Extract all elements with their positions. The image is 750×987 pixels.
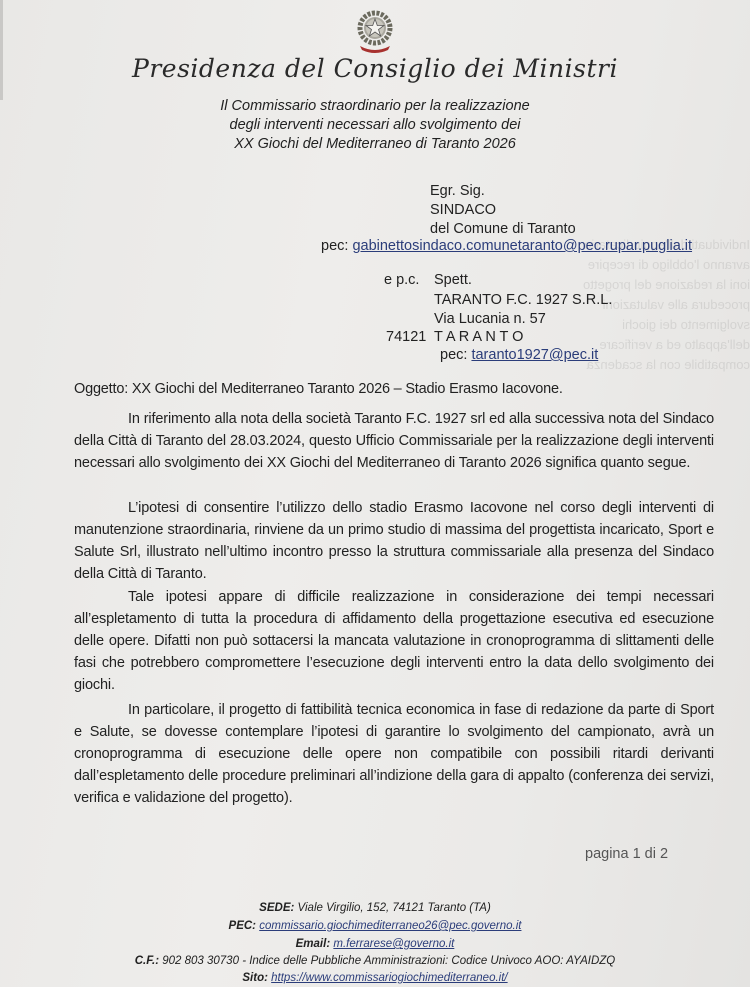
footer-ipa: - Indice delle Pubbliche Amministrazioni… [242, 955, 615, 967]
recipient-pec-link[interactable]: gabinettosindaco.comunetaranto@pec.rupar… [352, 238, 692, 254]
cc-street: Via Lucania n. 57 [434, 309, 546, 329]
bleed-line: avranno l'obbligo di recepire [540, 255, 750, 275]
body-paragraph-1: In riferimento alla nota della società T… [74, 408, 714, 474]
footer-email-row: Email: m.ferrarese@governo.it [0, 936, 750, 954]
footer-pec-link[interactable]: commissario.giochimediterraneo26@pec.gov… [259, 920, 521, 932]
commissioner-title-line-2: degli interventi necessari allo svolgime… [0, 116, 750, 135]
cc-salutation: Spett. [434, 270, 472, 290]
footer-pec-row: PEC: commissario.giochimediterraneo26@pe… [0, 918, 750, 936]
footer-site-row: Sito: https://www.commissariogiochimedit… [0, 970, 750, 987]
recipient-pec-label: pec: [321, 238, 348, 254]
body-paragraph-4: In particolare, il progetto di fattibili… [74, 699, 714, 809]
body-paragraph-3: Tale ipotesi appare di difficile realizz… [74, 586, 714, 696]
subject-label: Oggetto: [74, 381, 128, 397]
footer-site-label: Sito: [242, 972, 268, 984]
paragraph-text: L’ipotesi di consentire l’utilizzo dello… [74, 500, 714, 582]
page-edge-shadow [0, 0, 3, 100]
footer-sede: Viale Virgilio, 152, 74121 Taranto (TA) [298, 902, 491, 914]
footer-site-link[interactable]: https://www.commissariogiochimediterrane… [271, 972, 507, 984]
cc-pec-link[interactable]: taranto1927@pec.it [471, 347, 598, 363]
cc-city: T A R A N T O [434, 327, 523, 347]
subject-text: XX Giochi del Mediterraneo Taranto 2026 … [132, 381, 563, 397]
commissioner-title-line-1: Il Commissario straordinario per la real… [0, 97, 750, 116]
body-paragraph-2: L’ipotesi di consentire l’utilizzo dello… [74, 497, 714, 585]
subject-line: Oggetto: XX Giochi del Mediterraneo Tara… [74, 381, 563, 397]
commissioner-title-line-3: XX Giochi del Mediterraneo di Taranto 20… [0, 135, 750, 154]
paragraph-text: In riferimento alla nota della società T… [74, 411, 714, 471]
footer-sede-label: SEDE: [259, 902, 294, 914]
institution-name: Presidenza del Consiglio dei Ministri [0, 54, 750, 83]
recipient-salutation: Egr. Sig. [430, 181, 485, 201]
footer-cf-row: C.F.: 902 803 30730 - Indice delle Pubbl… [0, 953, 750, 971]
cc-company: TARANTO F.C. 1927 S.R.L. [434, 290, 612, 310]
footer-email-link[interactable]: m.ferrarese@governo.it [333, 938, 454, 950]
footer-cf-label: C.F.: [135, 955, 159, 967]
cc-label: e p.c. [384, 270, 419, 290]
cc-pec-label: pec: [440, 347, 467, 363]
footer-email-label: Email: [296, 938, 331, 950]
paragraph-text: Tale ipotesi appare di difficile realizz… [74, 589, 714, 693]
bleed-line: svolgimento dei giochi [540, 315, 750, 335]
footer-pec-label: PEC: [229, 920, 256, 932]
recipient-title: SINDACO [430, 200, 496, 220]
paragraph-text: In particolare, il progetto di fattibili… [74, 702, 714, 806]
cc-pec-row: pec: taranto1927@pec.it [440, 345, 598, 365]
italian-republic-emblem-icon [352, 8, 398, 56]
footer-cf: 902 803 30730 [162, 955, 239, 967]
page-indicator: pagina 1 di 2 [585, 846, 668, 862]
footer-sede-row: SEDE: Viale Virgilio, 152, 74121 Taranto… [0, 900, 750, 918]
recipient-pec-row: pec: gabinettosindaco.comunetaranto@pec.… [321, 236, 692, 256]
cc-postcode: 74121 [386, 327, 426, 347]
